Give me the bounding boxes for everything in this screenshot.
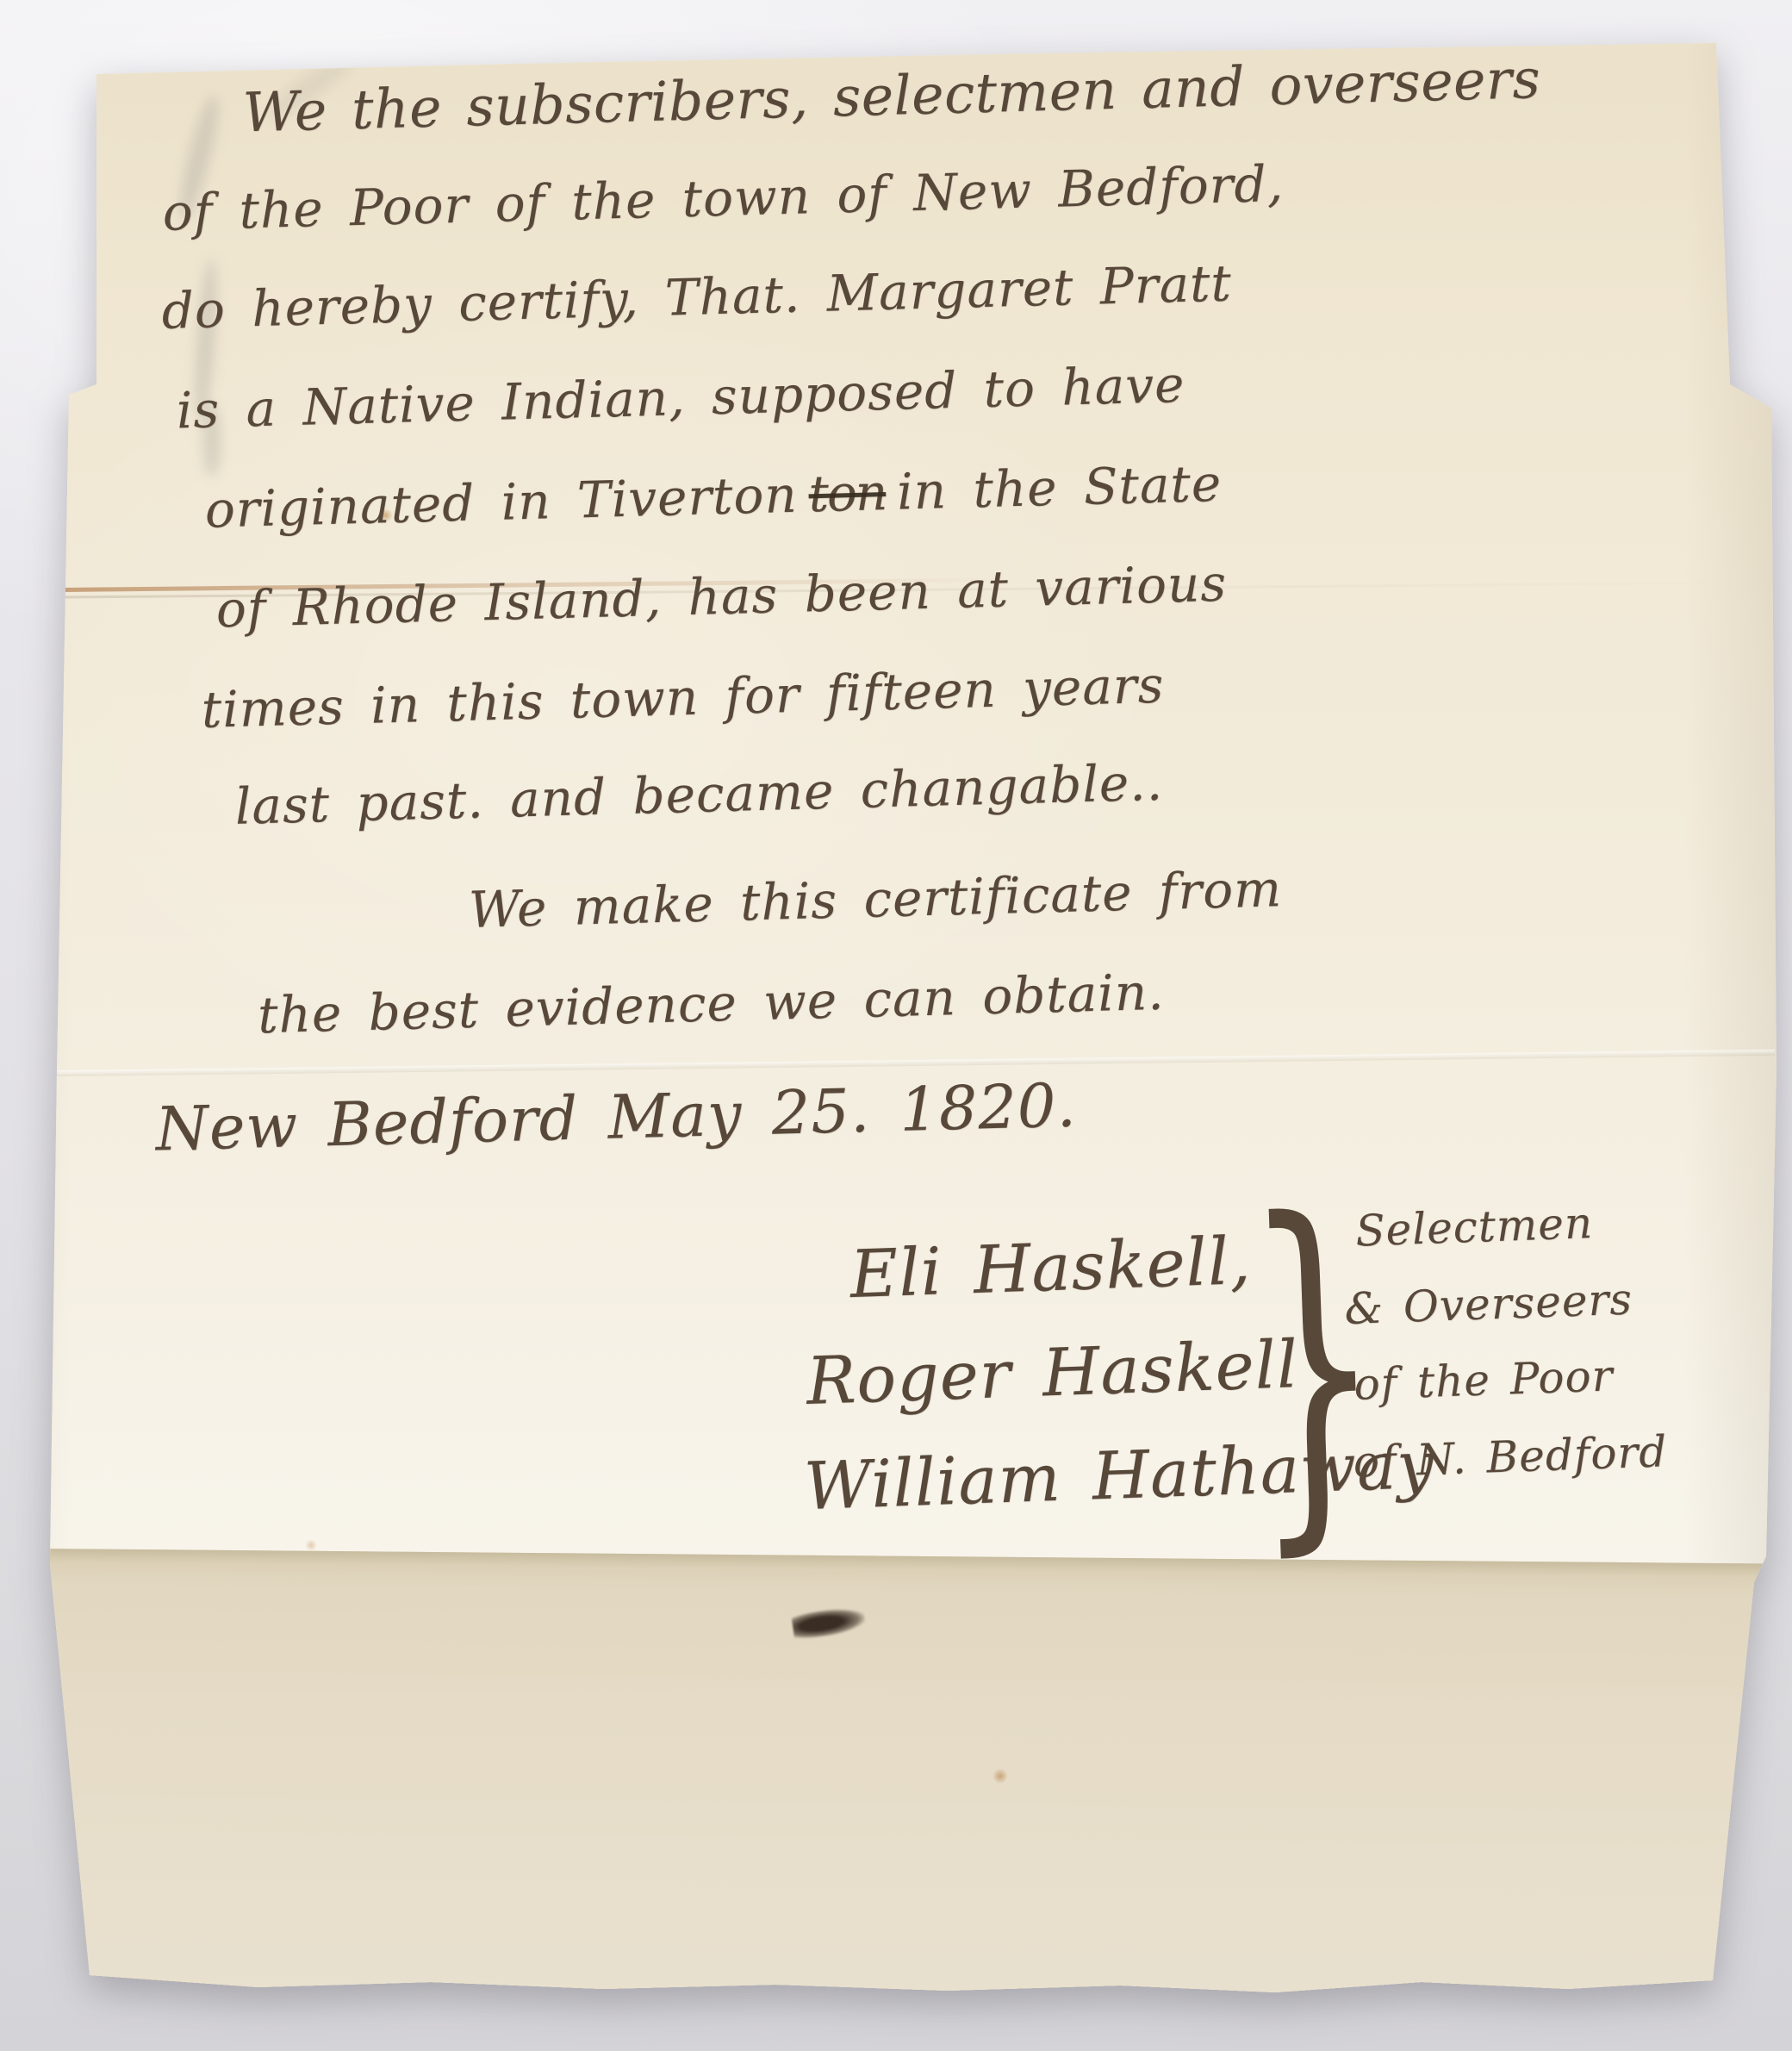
role-line-overseers: & Overseers (1344, 1275, 1633, 1335)
letter-body: We the subscribers, selectmen and overse… (0, 0, 1792, 2051)
photo-backdrop: We the subscribers, selectmen and overse… (0, 0, 1792, 2051)
signature-roger-haskell: Roger Haskell (806, 1326, 1300, 1418)
handwritten-line-7: times in this town for fifteen years (201, 657, 1165, 739)
role-line-of-the-poor: of the Poor (1353, 1351, 1615, 1410)
handwritten-line-2: of the Poor of the town of New Bedford, (162, 155, 1285, 242)
signature-eli-haskell: Eli Haskell, (849, 1223, 1252, 1312)
handwritten-line-4: is a Native Indian, supposed to have (176, 356, 1185, 439)
paper-shadow-wrap: We the subscribers, selectmen and overse… (0, 0, 1792, 2051)
handwritten-line-5: originated in Tivertontonin the State (204, 455, 1234, 539)
handwritten-line-8: last past. and became changable.. (234, 754, 1164, 836)
handwritten-line-3: do hereby certify, That. Margaret Pratt (161, 254, 1233, 340)
document-paper: We the subscribers, selectmen and overse… (0, 0, 1792, 2051)
line-5-post: in the State (896, 454, 1223, 521)
handwritten-line-6: of Rhode Island, has been at various (215, 555, 1228, 639)
signature-block: Eli Haskell, Roger Haskell William Hatha… (780, 1196, 1792, 1637)
handwritten-line-9: We make this certificate from (468, 860, 1283, 938)
tiverton-strikethrough: ton (808, 463, 887, 523)
handwritten-line-10: the best evidence we can obtain. (257, 963, 1165, 1044)
role-line-selectmen: Selectmen (1354, 1199, 1594, 1256)
line-5-pre: originated in Tiverton (204, 465, 799, 539)
date-line: New Bedford May 25. 1820. (155, 1071, 1078, 1164)
role-line-of-n-bedford: of N. Bedford (1353, 1427, 1668, 1487)
handwritten-line-1: We the subscribers, selectmen and overse… (242, 48, 1541, 145)
